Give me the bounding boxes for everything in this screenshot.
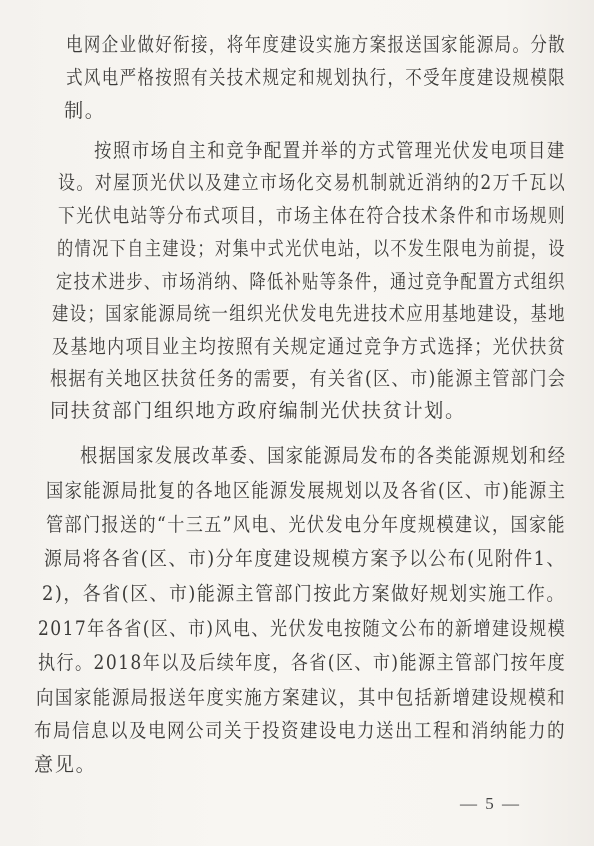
text-line: 国家能源局批复的各地区能源发展规划以及各省(区、市)能源主 xyxy=(46,480,566,502)
text-line: 及基地内项目业主均按照有关规定通过竞争方式选择；光伏扶贫 xyxy=(52,336,566,358)
text-line: 根据国家发展改革委、国家能源局发布的各类能源规划和经 xyxy=(80,445,566,467)
text-line: 按照市场自主和竞争配置并举的方式管理光伏发电项目建 xyxy=(94,140,566,162)
text-line: 的情况下自主建设；对集中式光伏电站，以不发生限电为前提，设 xyxy=(57,238,566,260)
page-number: — 5 — xyxy=(460,794,521,814)
text-line: 同扶贫部门组织地方政府编制光伏扶贫计划。 xyxy=(50,400,466,422)
text-line: 2)，各省(区、市)能源主管部门按此方案做好规划实施工作。 xyxy=(42,583,566,605)
text-line: 设。对屋顶光伏以及建立市场化交易机制就近消纳的2万千瓦以 xyxy=(58,172,566,194)
text-line: 布局信息以及电网公司关于投资建设电力送出工程和消纳能力的 xyxy=(34,720,566,742)
text-line: 制。 xyxy=(64,100,106,122)
text-line: 定技术进步、市场消纳、降低补贴等条件，通过竞争配置方式组织 xyxy=(56,271,566,293)
text-line: 管部门报送的“十三五”风电、光伏发电分年度规模建议，国家能 xyxy=(46,514,566,536)
text-line: 建设；国家能源局统一组织光伏发电先进技术应用基地建设，基地 xyxy=(52,303,566,325)
text-line: 源局将各省(区、市)分年度建设规模方案予以公布(见附件1、 xyxy=(44,548,566,570)
text-line: 根据有关地区扶贫任务的需要，有关省(区、市)能源主管部门会 xyxy=(50,368,566,390)
text-line: 下光伏电站等分布式项目，市场主体在符合技术条件和市场规则 xyxy=(58,205,566,227)
text-line: 意见。 xyxy=(34,754,96,776)
text-line: 式风电严格按照有关技术规定和规划执行，不受年度建设规模限 xyxy=(66,67,566,89)
text-line: 电网企业做好衔接，将年度建设实施方案报送国家能源局。分散 xyxy=(66,34,496,56)
text-line: 2017年各省(区、市)风电、光伏发电按随文公布的新增建设规模 xyxy=(38,618,566,640)
text-line: 执行。2018年以及后续年度，各省(区、市)能源主管部门按年度 xyxy=(38,652,566,674)
text-line: 向国家能源局报送年度实施方案建议，其中包括新增建设规模和 xyxy=(36,687,566,709)
document-page: 电网企业做好衔接，将年度建设实施方案报送国家能源局。分散 式风电严格按照有关技术… xyxy=(0,0,594,846)
